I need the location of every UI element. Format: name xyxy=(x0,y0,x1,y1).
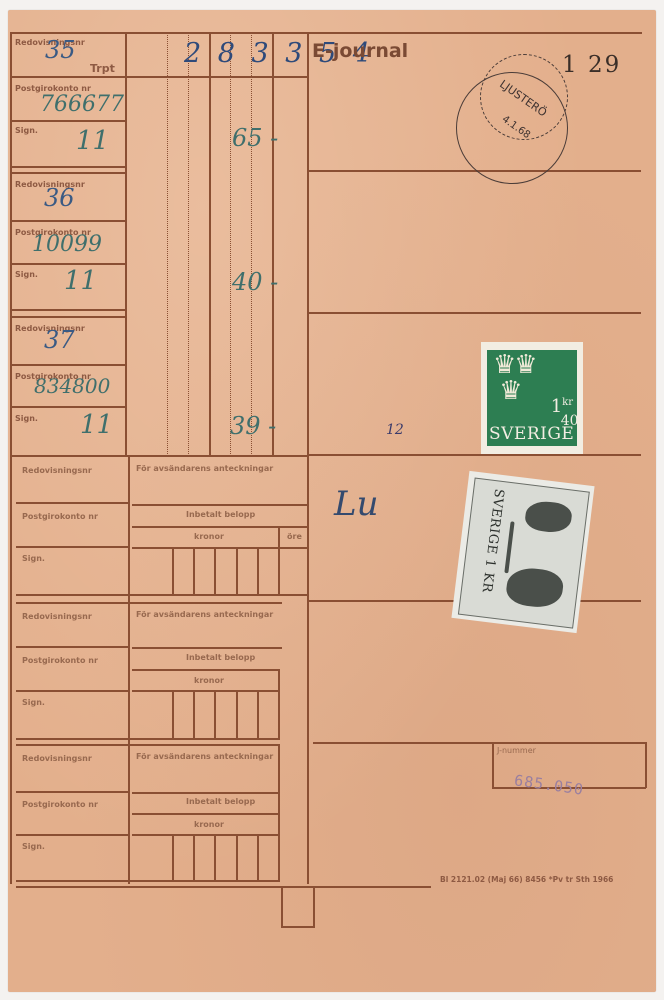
divider-right-col xyxy=(307,32,309,884)
row-divider xyxy=(132,647,282,649)
row-divider xyxy=(10,316,126,318)
stamp-face: SVERIGE 1 KR xyxy=(458,478,590,629)
entry-amount[interactable]: 39 - xyxy=(230,412,276,440)
e-journal-hline-3 xyxy=(307,454,641,456)
row-divider xyxy=(16,502,128,504)
redovisningsnr-value[interactable]: 35 xyxy=(45,36,76,64)
row-divider xyxy=(132,792,278,794)
sign-label: Sign. xyxy=(15,414,38,423)
block-top xyxy=(16,744,280,746)
lower-section-bottom xyxy=(16,886,282,888)
kronor-col xyxy=(193,547,195,594)
row-divider xyxy=(16,791,128,793)
row-divider xyxy=(16,834,128,836)
sign-value[interactable]: 11 xyxy=(64,266,97,296)
redovisningsnr-value[interactable]: 37 xyxy=(44,326,75,354)
entry-amount[interactable]: 40 - xyxy=(232,268,278,296)
ore-divider xyxy=(278,526,280,594)
j-nummer-left xyxy=(492,742,494,788)
postgirokonto-value[interactable]: 834800 xyxy=(34,374,110,398)
trpt-underline xyxy=(125,76,308,78)
kronor-col xyxy=(172,834,174,880)
sign-label: Sign. xyxy=(15,126,38,135)
row-divider xyxy=(132,669,280,671)
block-bottom xyxy=(16,738,280,740)
ore-label: öre xyxy=(287,532,302,541)
left-border xyxy=(10,32,12,884)
serial-number: 1 29 xyxy=(562,52,621,78)
inbetalt-label: Inbetalt belopp xyxy=(186,797,255,806)
tab-left xyxy=(281,886,283,926)
kronor-col xyxy=(214,547,216,594)
trpt-label: Trpt xyxy=(90,62,115,75)
kronor-col xyxy=(257,690,259,738)
row-divider xyxy=(16,546,128,548)
notes-label: För avsändarens anteckningar xyxy=(136,752,273,761)
kronor-col xyxy=(172,547,174,594)
j-nummer-right xyxy=(645,742,647,788)
top-border xyxy=(10,32,642,34)
footer-line xyxy=(281,886,431,888)
notes-label: För avsändarens anteckningar xyxy=(136,464,273,473)
crane-neck-icon xyxy=(504,521,514,573)
kronor-col xyxy=(236,690,238,738)
postgirokonto-value[interactable]: 766677 xyxy=(40,92,124,117)
sign-label: Sign. xyxy=(22,698,45,707)
block-top xyxy=(16,602,282,604)
note-annotation: 12 xyxy=(386,422,404,438)
amount-col-dotted-1 xyxy=(167,32,168,456)
inbetalt-label: Inbetalt belopp xyxy=(186,510,255,519)
row-divider xyxy=(10,120,126,122)
redovisningsnr-label: Redovisningsnr xyxy=(22,612,92,621)
row-divider xyxy=(10,263,126,265)
row-divider xyxy=(10,309,126,311)
row-divider xyxy=(16,690,128,692)
stamp-cranes: SVERIGE 1 KR xyxy=(451,471,594,633)
redovisningsnr-value[interactable]: 36 xyxy=(44,184,75,212)
row-divider xyxy=(10,172,126,174)
row-divider xyxy=(10,76,126,78)
notes-label: För avsändarens anteckningar xyxy=(136,610,273,619)
postgirokonto-label: Postgirokonto nr xyxy=(22,512,98,521)
stamp-country: SVERIGE xyxy=(489,424,574,444)
inbetalt-label: Inbetalt belopp xyxy=(186,653,255,662)
kronor-right xyxy=(278,744,280,880)
kronor-label: kronor xyxy=(194,820,224,829)
form-print-code: Bl 2121.02 (Maj 66) 8456 *Pv tr Sth 1966 xyxy=(440,875,613,884)
kronor-col xyxy=(257,547,259,594)
kronor-col xyxy=(214,834,216,880)
row-divider xyxy=(132,547,308,549)
block-bottom xyxy=(16,594,308,596)
row-divider xyxy=(132,813,278,815)
row-divider xyxy=(10,406,126,408)
sign-label: Sign. xyxy=(22,842,45,851)
amount-col-dotted-4 xyxy=(251,32,252,456)
kronor-col xyxy=(214,690,216,738)
sign-value[interactable]: 11 xyxy=(76,126,109,156)
kronor-col xyxy=(236,834,238,880)
redovisningsnr-label: Redovisningsnr xyxy=(22,754,92,763)
sign-label: Sign. xyxy=(22,554,45,563)
row-divider xyxy=(16,646,128,648)
kronor-col xyxy=(193,690,195,738)
kronor-label: kronor xyxy=(194,532,224,541)
stamp-face: ♛♛ ♛ 1kr40 SVERIGE xyxy=(487,350,577,446)
postgirokonto-label: Postgirokonto nr xyxy=(22,800,98,809)
postgirokonto-value[interactable]: 10099 xyxy=(32,232,102,257)
amount-col-dotted-3 xyxy=(230,32,231,456)
stamp-country: SVERIGE 1 KR xyxy=(479,488,507,594)
j-nummer-label: J-nummer xyxy=(497,746,536,755)
redovisningsnr-label: Redovisningsnr xyxy=(22,466,92,475)
crane-icon xyxy=(524,499,573,534)
top-section-bottom xyxy=(10,455,308,457)
tab-right xyxy=(313,886,315,926)
sign-label: Sign. xyxy=(15,270,38,279)
e-journal-hline-1 xyxy=(307,170,641,172)
e-journal-hline-2 xyxy=(307,312,641,314)
amount-col-dotted-2 xyxy=(188,32,189,456)
form-title: E-journal xyxy=(312,40,408,62)
amount-col-line-1 xyxy=(209,32,211,456)
handwritten-signature: Lu xyxy=(334,484,378,524)
kronor-right xyxy=(278,669,280,738)
divider-left-col xyxy=(125,32,127,456)
row-divider xyxy=(10,166,126,168)
row-divider xyxy=(10,364,126,366)
tab-bottom xyxy=(281,926,315,928)
stamp-value-unit: kr xyxy=(562,397,573,408)
block-bottom xyxy=(16,880,280,882)
row-divider xyxy=(132,526,308,528)
entry-amount[interactable]: 65 - xyxy=(232,124,278,152)
kronor-col xyxy=(172,690,174,738)
row-divider xyxy=(10,220,126,222)
row-divider xyxy=(132,504,308,506)
kronor-col xyxy=(236,547,238,594)
stamp-three-crowns: ♛♛ ♛ 1kr40 SVERIGE xyxy=(481,342,583,454)
kronor-col xyxy=(193,834,195,880)
crane-icon xyxy=(505,565,565,610)
kronor-label: kronor xyxy=(194,676,224,685)
kronor-col xyxy=(257,834,259,880)
postgirokonto-label: Postgirokonto nr xyxy=(22,656,98,665)
three-crowns-icon: ♛♛ ♛ xyxy=(493,352,536,404)
lower-divider xyxy=(128,456,130,884)
sign-value[interactable]: 11 xyxy=(80,410,113,440)
amount-col-line-2 xyxy=(272,32,274,456)
j-nummer-top xyxy=(313,742,647,744)
